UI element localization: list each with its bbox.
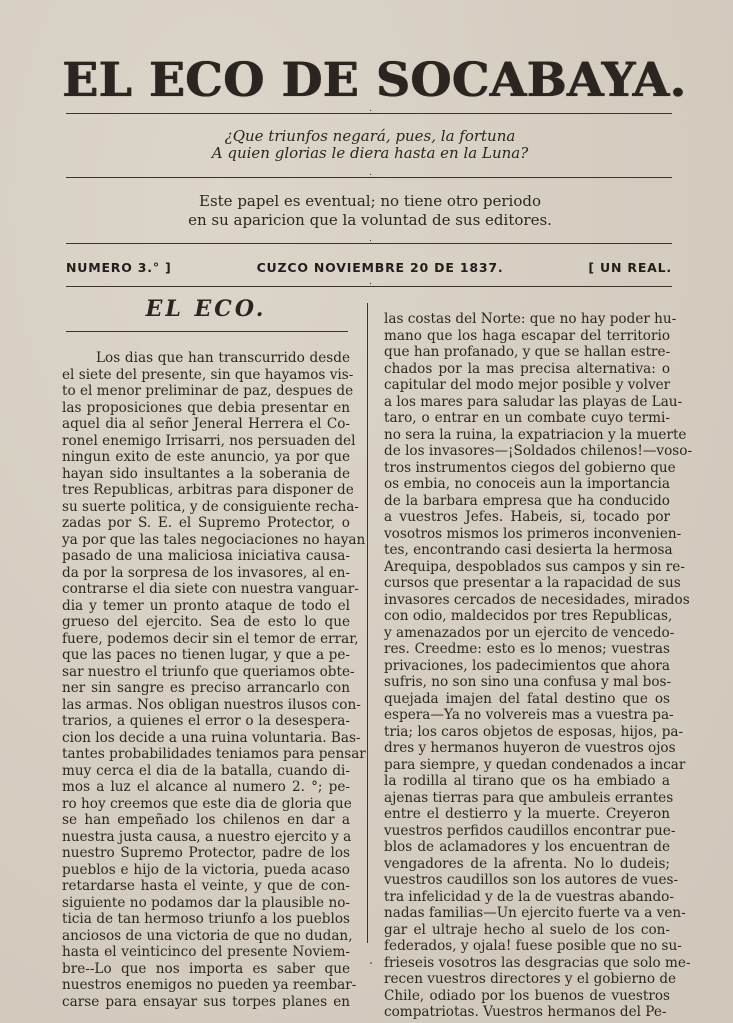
article-right-column: las costas del Norte: que no hay poder h… [384,311,670,1021]
text-line: da por la sorpresa de los invasores, al … [62,565,350,582]
text-line: tres Republicas, arbitras para disponer … [62,482,350,499]
text-line: cursos que presentar a la rapacidad de s… [384,575,670,592]
text-line: to el menor preliminar de paz, despues d… [62,383,350,400]
text-line: ticia de tan hermoso triunfo a los puebl… [62,911,350,928]
text-line: recen vuestros directores y el gobierno … [384,971,670,988]
text-line: dres y hermanos huyeron de vuestros ojos [384,740,670,757]
text-line: blos de aclamadores y los encuentran de [384,839,670,856]
text-line: nadas familias—Un ejercito fuerte va a v… [384,905,670,922]
notice-line: en su aparicion que la voluntad de sus e… [100,211,640,230]
text-line: Arequipa, despoblados sus campos y sin r… [384,559,670,576]
text-line: de la barbara empresa que ha conducido [384,493,670,510]
text-line: frieseis vosotros las desgracias que sol… [384,955,670,972]
notice-line: Este papel es eventual; no tiene otro pe… [100,192,640,211]
issue-rule: : [66,286,672,287]
text-line: retardarse hasta el veinte, y que de con… [62,878,350,895]
text-line: vosotros mismos los primeros inconvenien… [384,526,670,543]
text-line: vuestros perfidos caudillos encontrar pu… [384,823,670,840]
text-line: mano que los haga escapar del territorio [384,328,670,345]
text-line: ro hoy creemos que este dia de gloria qu… [62,796,350,813]
text-line: gar el ultraje hecho al suelo de los con… [384,922,670,939]
text-line: para siempre, y quedan condenados a inca… [384,757,670,774]
text-line: entre el destierro y la muerte. Creyeron [384,806,670,823]
text-line: zadas por S. E. el Supremo Protector, o [62,515,350,532]
text-line: vuestros caudillos son los autores de vu… [384,872,670,889]
text-line: nuestros enemigos no pueden ya reembar- [62,977,350,994]
text-line: con odio, maldecidos por tres Republicas… [384,608,670,625]
text-line: anciosos de una victoria de que no dudan… [62,928,350,945]
text-line: nuestro Supremo Protector, padre de los [62,845,350,862]
text-line: chados por la mas precisa alternativa: o [384,361,670,378]
text-line: trarios, a quienes el error o la desespe… [62,713,350,730]
text-line: la rodilla al tirano que os ha embiado a [384,773,670,790]
text-line: ronel enemigo Irrisarri, nos persuaden d… [62,433,350,450]
text-line: dia y temer un pronto ataque de todo el [62,598,350,615]
text-line: quejada imajen del fatal destino que os [384,691,670,708]
text-line: contrarse el dia siete con nuestra vangu… [62,581,350,598]
text-line: res. Creedme: esto es lo menos; vuestras [384,641,670,658]
epigraph-line: ¿Que triunfos negará, pues, la fortuna [100,128,640,145]
text-line: espera—Ya no volvereis mas a vuestra pa- [384,707,670,724]
text-line: su suerte politica, y de consiguiente re… [62,499,350,516]
text-line: tes, encontrando casi desierta la hermos… [384,542,670,559]
text-line: pasado de una maliciosa iniciativa causa… [62,548,350,565]
text-line: muy cerca el dia de la batalla, cuando d… [62,763,350,780]
issue-bar: NUMERO 3.° ] CUZCO NOVIEMBRE 20 DE 1837.… [66,258,672,276]
text-line: os embia, no conoceis aun la importancia [384,476,670,493]
text-line: compatriotas. Vuestros hermanos del Pe- [384,1004,670,1021]
text-line: vengadores de la afrenta. No lo dudeis; [384,856,670,873]
text-line: fuere, podemos decir sin el temor de err… [62,631,350,648]
text-line: hayan sido insultantes a la soberania de [62,466,350,483]
masthead-rule: : [66,113,672,114]
column-divider [367,303,368,943]
article-heading: EL ECO. [62,296,350,322]
masthead-title: EL ECO DE SOCABAYA. [62,56,672,106]
text-line: sar nuestro el triunfo que queriamos obt… [62,664,350,681]
text-line: las armas. Nos obligan nuestros ilusos c… [62,697,350,714]
text-line: ya por que las tales negociaciones no ha… [62,532,350,549]
issue-dateline: CUZCO NOVIEMBRE 20 DE 1837. [257,260,504,275]
text-line: ajenas tierras para que ambuleis errante… [384,790,670,807]
article-heading-rule [66,331,348,332]
text-line: cion los decide a una ruina voluntaria. … [62,730,350,747]
text-line: mos a luz el alcance al numero 2. °; pe- [62,779,350,796]
text-line: ningun exito de este anuncio, ya por que [62,449,350,466]
text-line: hasta el veinticinco del presente Noviem… [62,944,350,961]
text-line: que las paces no tienen lugar, y que a p… [62,647,350,664]
text-line: Los dias que han transcurrido desde [62,350,350,367]
epigraph: ¿Que triunfos negará, pues, la fortuna A… [100,128,640,162]
epigraph-rule: : [66,177,672,178]
text-line: aquel dia al señor Jeneral Herrera el Co… [62,416,350,433]
text-line: de los invasores—¡Soldados chilenos!—vos… [384,443,670,460]
text-line: carse para ensayar sus torpes planes en [62,994,350,1011]
print-speck [488,963,490,965]
text-line: federados, y ojala! fuese posible que no… [384,938,670,955]
text-line: las proposiciones que debia presentar en [62,400,350,417]
text-line: tria; los caros objetos de esposas, hijo… [384,724,670,741]
article-left-column: Los dias que han transcurrido desde el s… [62,350,350,1010]
notice-rule: : [66,243,672,244]
issue-price: [ UN REAL. [588,260,672,275]
text-line: ner sin sangre es preciso arrancarlo con [62,680,350,697]
publication-notice: Este papel es eventual; no tiene otro pe… [100,192,640,230]
text-line: a los mares para saludar las playas de L… [384,394,670,411]
text-line: no sera la ruina, la expatriacion y la m… [384,427,670,444]
text-line: nuestra justa causa, a nuestro ejercito … [62,829,350,846]
text-line: tros instrumentos ciegos del gobierno qu… [384,460,670,477]
issue-number: NUMERO 3.° ] [66,260,172,275]
print-speck [110,952,112,954]
text-line: invasores cercados de necesidades, mirad… [384,592,670,609]
text-line: grueso del ejercito. Sea de esto lo que [62,614,350,631]
text-line: a vuestros Jefes. Habeis, si, tocado por [384,509,670,526]
newspaper-page: EL ECO DE SOCABAYA. : ¿Que triunfos nega… [0,0,733,1023]
text-line: las costas del Norte: que no hay poder h… [384,311,670,328]
text-line: el siete del presente, sin que hayamos v… [62,367,350,384]
text-line: pueblos e hijo de la victoria, pueda aca… [62,862,350,879]
epigraph-line: A quien glorias le diera hasta en la Lun… [100,145,640,162]
text-line: se han empeñado los chilenos en dar a [62,812,350,829]
text-line: bre--Lo que nos importa es saber que [62,961,350,978]
text-line: capitular del modo mejor posible y volve… [384,377,670,394]
text-line: Chile, odiado por los buenos de vuestros [384,988,670,1005]
text-line: tra infelicidad y de la de vuestras aban… [384,889,670,906]
text-line: tantes probabilidades teniamos para pens… [62,746,350,763]
text-line: que han profanado, y que se hallan estre… [384,344,670,361]
print-speck [370,962,372,964]
text-line: y amenazados por un ejercito de vencedo- [384,625,670,642]
text-line: taro, o entrar en un combate cuyo termi- [384,410,670,427]
text-line: siguiente no podamos dar la plausible no… [62,895,350,912]
text-line: privaciones, los padecimientos que ahora [384,658,670,675]
text-line: sufris, no son sino una confusa y mal bo… [384,674,670,691]
